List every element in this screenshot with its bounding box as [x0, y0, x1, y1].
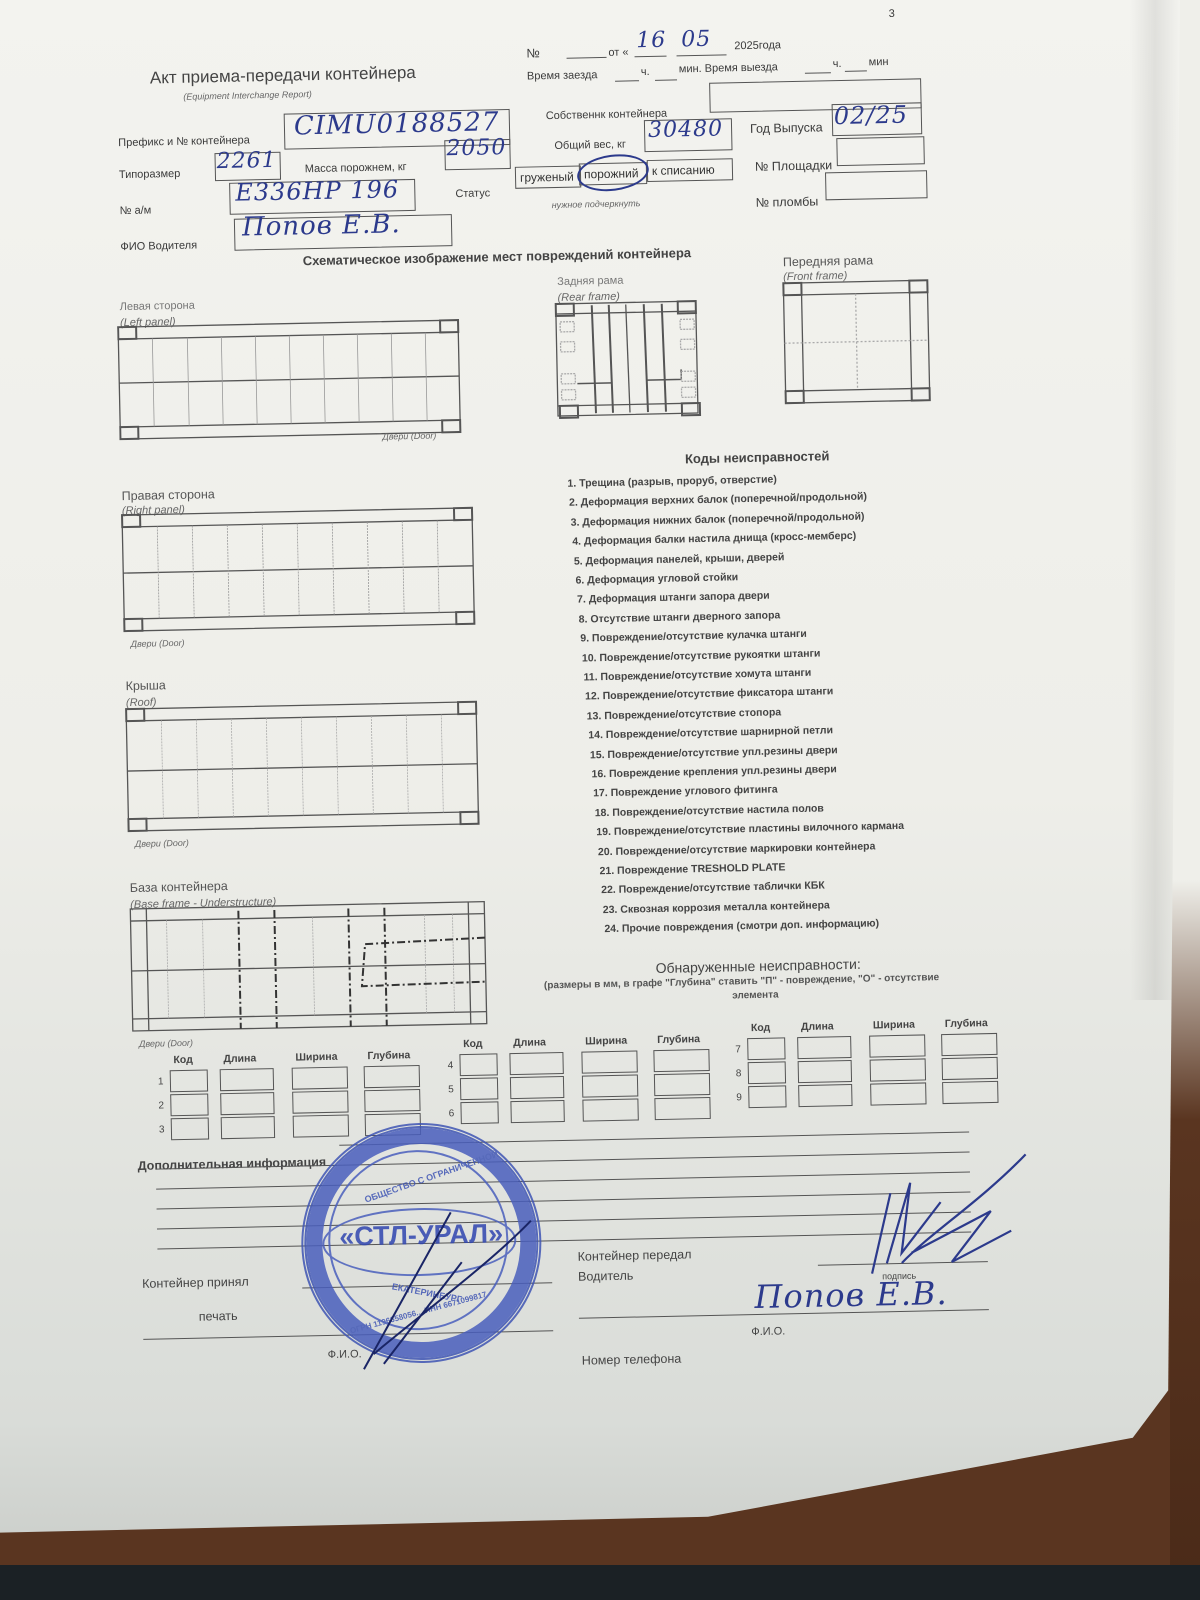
- received-by-label: Контейнер принял: [142, 1275, 249, 1291]
- defects-width-field[interactable]: [292, 1091, 348, 1114]
- right-panel-label: Правая сторона: [121, 487, 214, 503]
- receiver-signature-scribble: [341, 1201, 545, 1375]
- defects-depth-field[interactable]: [942, 1081, 998, 1104]
- fault-code-item: 21. Повреждение TRESHOLD PLATE: [599, 861, 785, 877]
- gross-weight-value: 30480: [648, 116, 724, 143]
- page-number: 3: [889, 8, 895, 20]
- seal-number-label: № пломбы: [755, 194, 818, 209]
- defects-width-field[interactable]: [293, 1115, 349, 1138]
- defects-column-header: Глубина: [945, 1017, 988, 1030]
- fault-code-item: 14. Повреждение/отсутствие шарнирной пет…: [588, 724, 833, 741]
- defects-length-field[interactable]: [798, 1084, 852, 1107]
- defects-code-field[interactable]: [747, 1037, 785, 1060]
- schema-title: Схематическое изображение мест поврежден…: [303, 245, 692, 268]
- date-year: 2025года: [734, 39, 781, 52]
- left-panel-door: Двери (Door): [382, 431, 436, 442]
- roof-diagram[interactable]: [124, 698, 483, 835]
- driver-signature-scribble: [830, 1150, 1033, 1284]
- date-month-underline: [677, 54, 727, 56]
- defects-title: Обнаруженные неисправности:: [655, 956, 860, 976]
- defects-code-field[interactable]: [460, 1077, 498, 1100]
- defects-length-field[interactable]: [221, 1116, 275, 1139]
- type-size-value: 2261: [216, 148, 277, 174]
- hour-abbr: ч.: [641, 66, 650, 78]
- gross-weight-label: Общий вес, кг: [554, 138, 626, 151]
- defects-length-field[interactable]: [509, 1052, 563, 1075]
- defects-width-field[interactable]: [582, 1074, 638, 1097]
- date-day-underline: [635, 56, 667, 58]
- exit-min-field[interactable]: [845, 70, 867, 71]
- defects-depth-field[interactable]: [364, 1089, 420, 1112]
- fault-code-item: 18. Повреждение/отсутствие настила полов: [595, 802, 824, 819]
- defects-column-header: Код: [173, 1054, 193, 1066]
- fault-code-item: 6. Деформация угловой стойки: [575, 571, 738, 586]
- exit-hour-field[interactable]: [805, 72, 831, 74]
- date-day[interactable]: 16: [636, 28, 667, 54]
- tare-weight-value: 2050: [446, 135, 507, 161]
- tare-weight-label: Масса порожнем, кг: [305, 161, 407, 175]
- defects-code-field[interactable]: [459, 1053, 497, 1076]
- hour-abbr-2: ч.: [833, 58, 842, 70]
- number-label: №: [526, 46, 540, 60]
- defects-column-header: Длина: [513, 1036, 546, 1049]
- defects-row-number: 1: [158, 1076, 164, 1087]
- defects-width-field[interactable]: [870, 1082, 926, 1105]
- fault-codes-title: Коды неисправностей: [685, 448, 830, 466]
- right-panel-door: Двери (Door): [131, 638, 185, 649]
- seal-label: печать: [199, 1309, 238, 1324]
- phone-label: Номер телефона: [582, 1352, 682, 1368]
- truck-number-label: № а/м: [120, 204, 152, 217]
- defects-width-field[interactable]: [582, 1098, 638, 1121]
- status-selected-circle: [575, 150, 651, 195]
- fault-code-item: 10. Повреждение/отсутствие рукоятки штан…: [582, 647, 821, 664]
- base-label: База контейнера: [130, 879, 228, 895]
- seal-number-field[interactable]: [825, 170, 928, 200]
- defects-depth-field[interactable]: [364, 1065, 420, 1088]
- defects-length-field[interactable]: [220, 1068, 274, 1091]
- defects-row-number: 4: [448, 1060, 454, 1071]
- base-frame-diagram[interactable]: [128, 898, 491, 1036]
- fault-code-item: 11. Повреждение/отсутствие хомута штанги: [583, 667, 811, 684]
- driver-fio-label: Ф.И.О.: [751, 1325, 785, 1338]
- fault-code-item: 1. Трещина (разрыв, проруб, отверстие): [567, 473, 777, 489]
- status-option-writeoff[interactable]: к списанию: [647, 158, 733, 182]
- status-option-loaded[interactable]: груженый: [515, 165, 581, 188]
- rear-frame-label: Задняя рама: [557, 275, 623, 288]
- handed-by-label: Контейнер передал: [578, 1247, 692, 1263]
- defects-depth-field[interactable]: [941, 1033, 997, 1056]
- defects-column-header: Ширина: [585, 1035, 627, 1048]
- defects-row-number: 6: [449, 1108, 455, 1119]
- defects-width-field[interactable]: [870, 1058, 926, 1081]
- fault-code-item: 13. Повреждение/отсутствие стопора: [587, 706, 782, 722]
- fault-code-item: 5. Деформация панелей, крыши, дверей: [574, 551, 785, 567]
- driver-name-label: ФИО Водителя: [120, 240, 197, 254]
- defects-column-header: Длина: [801, 1020, 834, 1033]
- defects-column-header: Глубина: [367, 1049, 410, 1062]
- manufacture-year-label: Год Выпуска: [750, 120, 823, 136]
- defects-depth-field[interactable]: [654, 1073, 710, 1096]
- defects-row-number: 8: [736, 1068, 742, 1079]
- fault-code-item: 23. Сквозная коррозия металла контейнера: [603, 899, 830, 916]
- type-size-label: Типоразмер: [119, 168, 181, 181]
- fault-code-item: 2. Деформация верхних балок (поперечной/…: [569, 491, 867, 509]
- fault-code-item: 3. Деформация нижних балок (поперечной/п…: [571, 510, 865, 528]
- defects-row-number: 2: [158, 1100, 164, 1111]
- defects-code-field[interactable]: [171, 1117, 209, 1140]
- fault-code-item: 9. Повреждение/отсутствие кулачка штанги: [580, 628, 807, 645]
- defects-code-field[interactable]: [170, 1093, 208, 1116]
- fault-code-item: 8. Отсутствие штанги дверного запора: [579, 609, 781, 625]
- defects-depth-field[interactable]: [653, 1049, 709, 1072]
- defects-length-field[interactable]: [220, 1092, 274, 1115]
- fault-code-item: 24. Прочие повреждения (смотри доп. инфо…: [604, 918, 879, 936]
- prefix-label: Префикс и № контейнера: [118, 134, 250, 149]
- status-hint: нужное подчеркнуть: [552, 198, 641, 210]
- site-number-field[interactable]: [836, 136, 925, 166]
- truck-number-value: E336HP 196: [235, 175, 399, 206]
- defects-column-header: Глубина: [657, 1033, 700, 1046]
- defects-length-field[interactable]: [798, 1060, 852, 1083]
- defects-length-field[interactable]: [510, 1076, 564, 1099]
- fault-code-item: 7. Деформация штанги запора двери: [577, 590, 770, 606]
- fault-code-item: 16. Повреждение крепления упл.резины две…: [591, 763, 836, 780]
- defects-width-field[interactable]: [292, 1067, 348, 1090]
- interchange-report-form: 3 Акт приема-передачи контейнера (Equipm…: [0, 0, 1198, 1592]
- roof-label: Крыша: [125, 678, 165, 693]
- driver-role-label: Водитель: [578, 1269, 633, 1284]
- defects-note: (размеры в мм, в графе "Глубина" ставить…: [544, 972, 939, 991]
- defects-code-field[interactable]: [748, 1085, 786, 1108]
- defects-code-field[interactable]: [748, 1061, 786, 1084]
- number-field[interactable]: [567, 57, 607, 59]
- additional-info-label: Дополнительная информация: [138, 1155, 327, 1173]
- driver-name-value: Попов Е.В.: [242, 209, 401, 242]
- date-month[interactable]: 05: [681, 27, 712, 53]
- defects-code-field[interactable]: [170, 1069, 208, 1092]
- front-frame-label: Передняя рама: [783, 253, 874, 269]
- min-label: мин: [869, 56, 889, 68]
- front-frame-diagram[interactable]: [781, 276, 934, 409]
- entry-time-label: Время заезда: [527, 69, 598, 82]
- fault-code-item: 22. Повреждение/отсутствие таблички КБК: [601, 880, 825, 897]
- defects-depth-field[interactable]: [654, 1097, 710, 1120]
- defects-depth-field[interactable]: [942, 1057, 998, 1080]
- defects-column-header: Ширина: [873, 1019, 915, 1032]
- roof-door: Двери (Door): [135, 838, 189, 849]
- defects-row-number: 7: [735, 1044, 741, 1055]
- defects-width-field[interactable]: [581, 1050, 637, 1073]
- left-panel-diagram[interactable]: [117, 318, 464, 443]
- defects-length-field[interactable]: [510, 1100, 564, 1123]
- defects-column-header: Код: [463, 1038, 483, 1050]
- manufacture-year-value: 02/25: [834, 101, 909, 131]
- fault-code-item: 15. Повреждение/отсутствие упл.резины дв…: [590, 744, 838, 761]
- exit-prefix: мин. Время выезда: [679, 61, 778, 75]
- document-subtitle: (Equipment Interchange Report): [183, 89, 312, 102]
- defects-column-header: Длина: [223, 1052, 256, 1065]
- fault-code-item: 19. Повреждение/отсутствие пластины вило…: [596, 820, 904, 838]
- fault-code-item: 17. Повреждение углового фитинга: [593, 784, 778, 800]
- date-from-label: от «: [608, 46, 628, 58]
- defects-column-header: Код: [751, 1022, 771, 1034]
- defects-note-2: элемента: [732, 989, 779, 1001]
- defects-column-header: Ширина: [295, 1051, 337, 1064]
- rear-frame-diagram[interactable]: [554, 299, 702, 420]
- entry-min-field[interactable]: [655, 79, 677, 80]
- site-number-label: № Площадки: [755, 158, 833, 174]
- fault-code-item: 4. Деформация балки настила днища (кросс…: [572, 530, 856, 548]
- entry-hour-field[interactable]: [615, 80, 639, 82]
- defects-length-field[interactable]: [797, 1036, 851, 1059]
- defects-row-number: 3: [159, 1124, 165, 1135]
- fault-code-item: 12. Повреждение/отсутствие фиксатора шта…: [585, 686, 833, 703]
- defects-width-field[interactable]: [869, 1034, 925, 1057]
- left-panel-label: Левая сторона: [120, 300, 195, 314]
- base-door: Двери (Door): [139, 1038, 193, 1049]
- defects-code-field[interactable]: [460, 1101, 498, 1124]
- right-panel-diagram[interactable]: [120, 504, 478, 635]
- defects-row-number: 9: [736, 1092, 742, 1103]
- defects-row-number: 5: [448, 1084, 454, 1095]
- status-label: Статус: [455, 187, 490, 200]
- document-title: Акт приема-передачи контейнера: [150, 63, 416, 89]
- fault-code-item: 20. Повреждение/отсутствие маркировки ко…: [598, 840, 876, 858]
